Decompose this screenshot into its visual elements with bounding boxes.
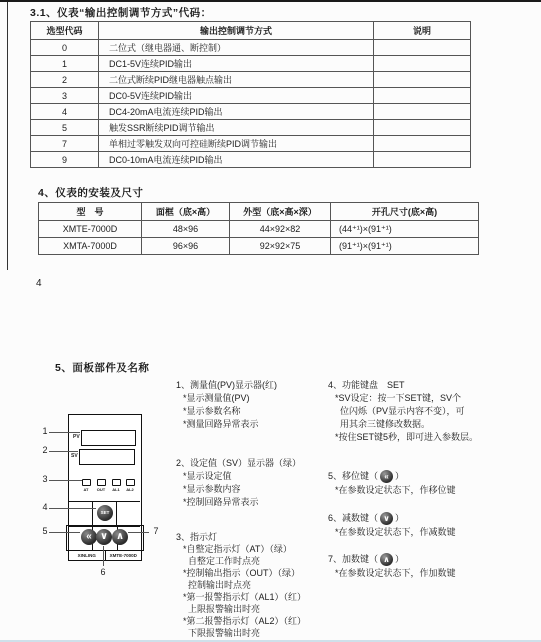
- panel-front-frame: PV SV AT OUT AL1 AL2 SET: [68, 414, 142, 561]
- table2-header-frame: 面框（底×高）: [142, 203, 230, 221]
- table-row: 1 DC1-5V连续PID输出: [31, 56, 471, 72]
- heading-text: ）: [395, 470, 404, 483]
- callout-4: 4: [40, 502, 50, 512]
- scan-edge-left: [7, 2, 8, 270]
- item-line: *第一报警指示灯（AL1）（红）: [176, 591, 328, 603]
- al1-led: [112, 479, 121, 486]
- item-heading: 5、移位键（ « ）: [328, 468, 540, 484]
- cell-method: DC0-10mA电流连续PID输出: [99, 152, 374, 168]
- item-heading: 1、测量值(PV)显示器(红): [176, 379, 328, 392]
- item-line: *显示测量值(PV): [176, 392, 328, 405]
- cell-note: [374, 56, 471, 72]
- item-line: *显示设定值: [176, 470, 328, 483]
- cell-note: [374, 120, 471, 136]
- cell-shape: 92×92×75: [230, 238, 331, 255]
- shift-key-icon: «: [380, 470, 393, 483]
- description-column-1: 1、测量值(PV)显示器(红) *显示测量值(PV) *显示参数名称 *测量回路…: [176, 379, 328, 639]
- table2-header-row: 型 号 面框（底×高） 外型（底×高×深） 开孔尺寸(底×高): [39, 203, 479, 221]
- leader-line: [49, 451, 78, 452]
- cell-code: 2: [31, 72, 99, 88]
- table-row: 5 触发SSR断续PID调节输出: [31, 120, 471, 136]
- down-glyph: ∨: [96, 529, 112, 545]
- description-column-2: 4、功能键盘 SET *SV设定：按一下SET键，SV个 位闪烁（PV显示内容不…: [328, 379, 540, 580]
- cell-method: 触发SSR断续PID调节输出: [99, 120, 374, 136]
- cell-note: [374, 136, 471, 152]
- item-line: 控制输出时点亮: [176, 579, 328, 591]
- section4-title: 4、仪表的安装及尺寸: [38, 185, 143, 200]
- sv-display: [79, 449, 135, 465]
- cell-cutout: (91⁺¹)×(91⁺¹): [331, 238, 479, 255]
- table2-header-shape: 外型（底×高×深）: [230, 203, 331, 221]
- scan-edge-top: [0, 0, 541, 2]
- cell-code: 1: [31, 56, 99, 72]
- table1-header-code: 选型代码: [31, 22, 99, 40]
- table1-header-note: 说明: [374, 22, 471, 40]
- item-line: *显示参数内容: [176, 483, 328, 496]
- item-line: *测量回路异常表示: [176, 418, 328, 431]
- shift-key-icon: «: [81, 529, 97, 545]
- callout-7: 7: [151, 526, 161, 536]
- cell-code: 3: [31, 88, 99, 104]
- cell-code: 7: [31, 136, 99, 152]
- cell-note: [374, 152, 471, 168]
- set-key-icon: SET: [97, 505, 113, 521]
- item-line: *SV设定：按一下SET键，SV个: [328, 392, 540, 405]
- item-line: *自整定指示灯（AT）（绿）: [176, 543, 328, 555]
- cell-note: [374, 88, 471, 104]
- cell-shape: 44×92×82: [230, 221, 331, 238]
- item-heading: 6、减数键（ ∨ ）: [328, 510, 540, 526]
- cell-frame: 96×96: [142, 238, 230, 255]
- out-led: [97, 479, 106, 486]
- table2-header-cutout: 开孔尺寸(底×高): [331, 203, 479, 221]
- cell-frame: 48×96: [142, 221, 230, 238]
- cell-code: 0: [31, 40, 99, 56]
- callout-6: 6: [98, 567, 108, 577]
- callout-1: 1: [40, 426, 50, 436]
- up-key-icon: ∧: [112, 529, 128, 545]
- item-line: *显示参数名称: [176, 405, 328, 418]
- al1-led-label: AL1: [110, 487, 122, 492]
- leader-line: [128, 532, 149, 533]
- cell-note: [374, 40, 471, 56]
- brand-label: XINLING: [69, 551, 106, 561]
- item-line: 用其余三键修改数据。: [328, 418, 540, 431]
- heading-text: 6、减数键（: [328, 512, 378, 525]
- divider: [116, 502, 117, 526]
- out-led-label: OUT: [95, 487, 107, 492]
- item-line: *控制回路异常表示: [176, 496, 328, 509]
- pv-display-notes: 1、测量值(PV)显示器(红) *显示测量值(PV) *显示参数名称 *测量回路…: [176, 379, 328, 431]
- table1-header-method: 输出控制调节方式: [99, 22, 374, 40]
- heading-text: ）: [395, 512, 404, 525]
- cell-method: DC4-20mA电流连续PID输出: [99, 104, 374, 120]
- table-row: 7 单相过零触发双向可控硅断续PID调节输出: [31, 136, 471, 152]
- at-led-label: AT: [80, 487, 92, 492]
- up-key-icon: ∧: [380, 553, 393, 566]
- item-line: *在参数设定状态下，作加数键: [328, 567, 540, 580]
- table-row: 0 二位式（继电器通、断控制）: [31, 40, 471, 56]
- cell-method: 二位式断续PID继电器触点输出: [99, 72, 374, 88]
- leader-line: [49, 532, 80, 533]
- leader-line: [49, 508, 96, 509]
- model-label: XMTE-7000D: [106, 551, 142, 561]
- down-key-icon: ∨: [380, 512, 393, 525]
- shift-glyph: «: [81, 529, 97, 545]
- callout-3: 3: [40, 474, 50, 484]
- item-line: *第二报警指示灯（AL2）（红）: [176, 615, 328, 627]
- cell-model: XMTA-7000D: [39, 238, 142, 255]
- output-control-code-table: 选型代码 输出控制调节方式 说明 0 二位式（继电器通、断控制） 1 DC1-5…: [30, 21, 471, 168]
- item-line: *在参数设定状态下，作移位键: [328, 484, 540, 497]
- section3-title: 3.1、仪表“输出控制调节方式”代码：: [30, 5, 212, 20]
- table-row: 2 二位式断续PID继电器触点输出: [31, 72, 471, 88]
- callout-2: 2: [40, 445, 50, 455]
- item-line: 下限报警输出时亮: [176, 627, 328, 639]
- sv-label: SV: [71, 453, 78, 459]
- leader-line: [49, 432, 80, 433]
- item-line: *按住SET键5秒，即可进入参数层。: [328, 431, 540, 444]
- heading-text: 5、移位键（: [328, 470, 378, 483]
- table-row: XMTE-7000D 48×96 44×92×82 (44⁺¹)×(91⁺¹): [39, 221, 479, 238]
- table-row: 4 DC4-20mA电流连续PID输出: [31, 104, 471, 120]
- cell-method: DC1-5V连续PID输出: [99, 56, 374, 72]
- item-line: 位闪烁（PV显示内容不变），可: [328, 405, 540, 418]
- increment-key-notes: 7、加数键（ ∧ ） *在参数设定状态下，作加数键: [328, 551, 540, 580]
- divider: [92, 502, 93, 526]
- leader-line: [49, 480, 82, 481]
- item-line: 自整定工作时点亮: [176, 555, 328, 567]
- item-line: *在参数设定状态下，作减数键: [328, 526, 540, 539]
- cell-note: [374, 72, 471, 88]
- pv-display: [81, 430, 136, 446]
- table-row: 9 DC0-10mA电流连续PID输出: [31, 152, 471, 168]
- pv-label: PV: [73, 434, 80, 440]
- item-heading: 7、加数键（ ∧ ）: [328, 551, 540, 567]
- leader-line: [103, 546, 104, 566]
- cell-code: 4: [31, 104, 99, 120]
- item-heading: 3、指示灯: [176, 531, 328, 543]
- al2-led-label: AL2: [124, 487, 136, 492]
- panel-nameplate: XINLING XMTE-7000D: [69, 550, 141, 561]
- table1-header-row: 选型代码 输出控制调节方式 说明: [31, 22, 471, 40]
- cell-code: 5: [31, 120, 99, 136]
- decrement-key-notes: 6、减数键（ ∨ ） *在参数设定状态下，作减数键: [328, 510, 540, 539]
- up-glyph: ∧: [112, 529, 128, 545]
- sv-display-notes: 2、设定值（SV）显示器（绿） *显示设定值 *显示参数内容 *控制回路异常表示: [176, 457, 328, 509]
- cell-method: 单相过零触发双向可控硅断续PID调节输出: [99, 136, 374, 152]
- shift-key-notes: 5、移位键（ « ） *在参数设定状态下，作移位键: [328, 468, 540, 497]
- down-key-icon: ∨: [96, 529, 112, 545]
- table-row: 3 DC0-5V连续PID输出: [31, 88, 471, 104]
- cell-method: DC0-5V连续PID输出: [99, 88, 374, 104]
- item-line: *控制输出指示（OUT）（绿）: [176, 567, 328, 579]
- indicator-lamp-notes: 3、指示灯 *自整定指示灯（AT）（绿） 自整定工作时点亮 *控制输出指示（OU…: [176, 531, 328, 639]
- item-line: 上限报警输出时亮: [176, 603, 328, 615]
- section5-title: 5、面板部件及名称: [55, 360, 149, 375]
- cell-method: 二位式（继电器通、断控制）: [99, 40, 374, 56]
- dimensions-table: 型 号 面框（底×高） 外型（底×高×深） 开孔尺寸(底×高) XMTE-700…: [38, 202, 479, 255]
- heading-text: 7、加数键（: [328, 553, 378, 566]
- set-key-label: SET: [97, 505, 113, 521]
- table-row: XMTA-7000D 96×96 92×92×75 (91⁺¹)×(91⁺¹): [39, 238, 479, 255]
- at-led: [82, 479, 91, 486]
- callout-5: 5: [40, 526, 50, 536]
- panel-diagram: PV SV AT OUT AL1 AL2 SET: [40, 410, 165, 590]
- cell-cutout: (44⁺¹)×(91⁺¹): [331, 221, 479, 238]
- page-number: 4: [36, 278, 42, 289]
- heading-text: ）: [395, 553, 404, 566]
- item-heading: 4、功能键盘 SET: [328, 379, 540, 392]
- al2-led: [126, 479, 135, 486]
- table2-header-model: 型 号: [39, 203, 142, 221]
- cell-note: [374, 104, 471, 120]
- cell-code: 9: [31, 152, 99, 168]
- item-heading: 2、设定值（SV）显示器（绿）: [176, 457, 328, 470]
- cell-model: XMTE-7000D: [39, 221, 142, 238]
- set-key-notes: 4、功能键盘 SET *SV设定：按一下SET键，SV个 位闪烁（PV显示内容不…: [328, 379, 540, 444]
